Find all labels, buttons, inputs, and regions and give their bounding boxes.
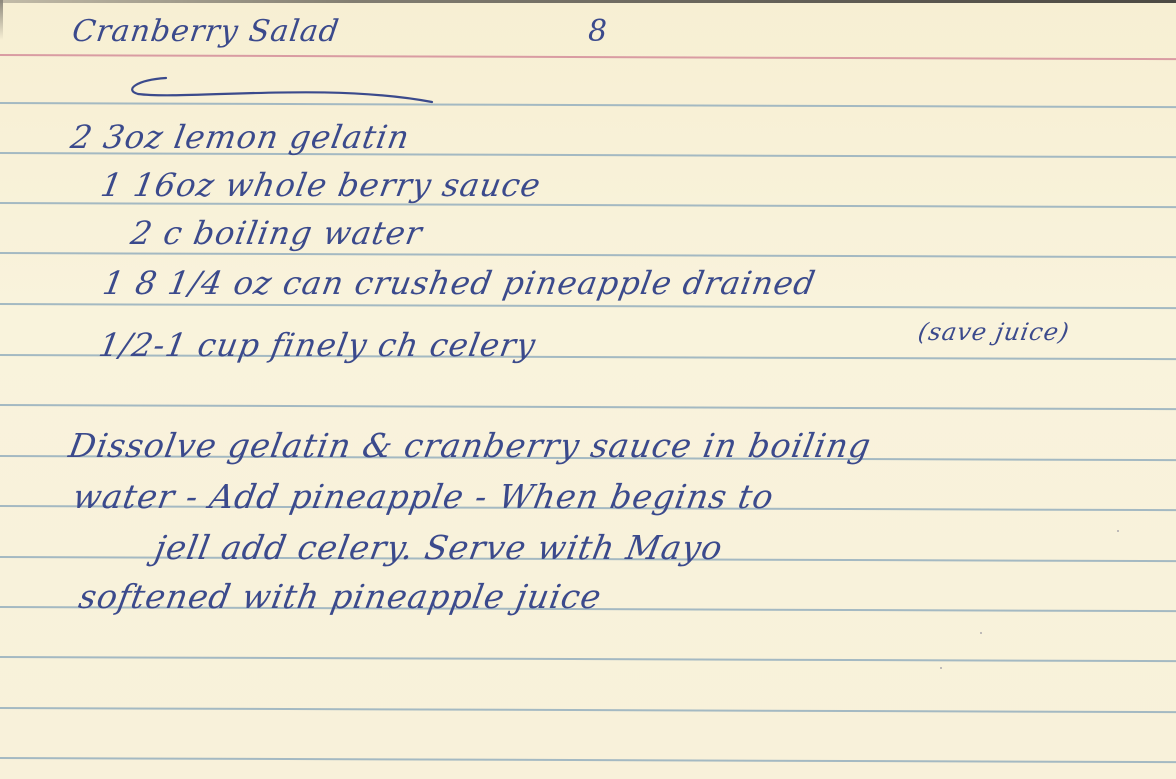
ruled-line (0, 252, 1176, 258)
direction-line: jell add celery. Serve with Mayo (152, 528, 726, 567)
ingredient-item: 1/2-1 cup finely ch celery (96, 326, 539, 364)
paper-speck (980, 632, 982, 634)
ingredient-item: 2 c boiling water (128, 214, 426, 252)
paper-speck (1117, 530, 1119, 532)
direction-line: water - Add pineapple - When begins to (70, 477, 777, 516)
title-underline-flourish (126, 74, 436, 104)
ruled-line (0, 303, 1176, 309)
direction-line: softened with pineapple juice (76, 577, 605, 616)
recipe-card: Cranberry Salad 8 2 3oz lemon gelatin 1 … (0, 0, 1176, 779)
scan-edge-top (0, 0, 1176, 3)
scan-edge-left (0, 0, 3, 40)
ruled-line (0, 757, 1176, 763)
ruled-line (0, 404, 1176, 410)
header-rule-red (0, 54, 1176, 60)
paper-speck (940, 667, 942, 669)
ingredient-item: 1 8 1/4 oz can crushed pineapple drained (100, 264, 819, 302)
ruled-line (0, 656, 1176, 662)
ingredient-item: 2 3oz lemon gelatin (68, 118, 413, 156)
servings-count: 8 (588, 14, 608, 49)
ingredient-note: (save juice) (916, 318, 1072, 346)
ruled-line (0, 707, 1176, 713)
ingredient-item: 1 16oz whole berry sauce (98, 166, 544, 204)
direction-line: Dissolve gelatin & cranberry sauce in bo… (66, 426, 874, 465)
recipe-title: Cranberry Salad (70, 14, 342, 49)
